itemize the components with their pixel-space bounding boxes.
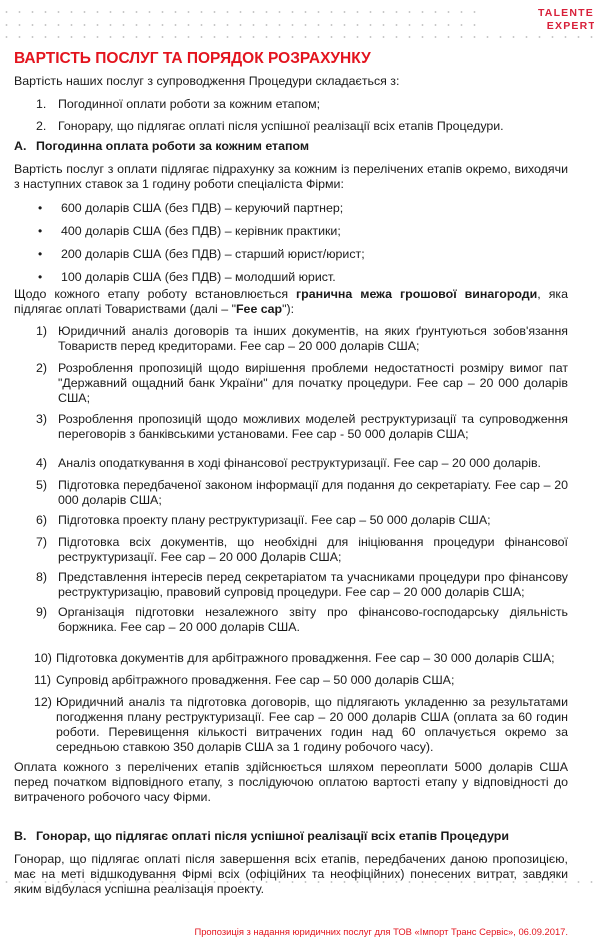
page-title: ВАРТІСТЬ ПОСЛУГ ТА ПОРЯДОК РОЗРАХУНКУ: [14, 51, 371, 66]
emphasis: гранична межа грошової винагороди: [296, 287, 537, 301]
dot-pattern-row: [0, 36, 594, 38]
stage-text: Розроблення пропозицій щодо вирішення пр…: [58, 361, 568, 406]
stage-number: 2): [36, 361, 47, 376]
intro-list-item: 2.Гонорару, що підлягає оплаті після усп…: [36, 119, 504, 134]
stage-number: 4): [36, 456, 47, 471]
stage-text: Підготовка всіх документів, що необхідні…: [58, 535, 568, 565]
section-b-heading: B.Гонорар, що підлягає оплаті після успі…: [14, 829, 509, 844]
bullet-icon: •: [38, 224, 61, 239]
bullet-icon: •: [38, 270, 61, 285]
rate-item: •600 доларів США (без ПДВ) – керуючий па…: [38, 201, 343, 216]
payment-note: Оплата кожного з перелічених етапів здій…: [14, 760, 568, 805]
logo-line-2: EXPERT: [538, 20, 594, 33]
section-heading-text: Погодинна оплата роботи за кожним етапом: [36, 139, 309, 153]
term-fee-cap: Fee cap: [236, 302, 282, 316]
stage-text: Аналіз оподаткування в ході фінансової р…: [58, 456, 568, 471]
stage-item: 12)Юридичний аналіз та підготовка догово…: [36, 695, 568, 755]
section-a-heading: A.Погодинна оплата роботи за кожним етап…: [14, 139, 309, 154]
stage-text: Організація підготовки незалежного звіту…: [58, 605, 568, 635]
rate-text: 400 доларів США (без ПДВ) – керівник пра…: [61, 224, 341, 238]
stage-item: 4)Аналіз оподаткування в ході фінансової…: [36, 456, 568, 471]
section-marker: A.: [14, 139, 36, 154]
stage-item: 6)Підготовка проекту плану реструктуриза…: [36, 513, 568, 528]
stage-number: 1): [36, 324, 47, 339]
stage-text: Супровід арбітражного провадження. Fee c…: [56, 673, 568, 688]
stage-item: 5)Підготовка передбаченої законом інформ…: [36, 478, 568, 508]
rate-text: 600 доларів США (без ПДВ) – керуючий пар…: [61, 201, 343, 215]
dot-pattern-row: [0, 11, 480, 13]
rate-item: •400 доларів США (без ПДВ) – керівник пр…: [38, 224, 341, 239]
stage-item: 9)Організація підготовки незалежного зві…: [36, 605, 568, 635]
footer-note: Пропозиція з надання юридичних послуг дл…: [194, 924, 568, 939]
stage-item: 11)Супровід арбітражного провадження. Fe…: [36, 673, 568, 688]
stage-number: 3): [36, 412, 47, 427]
stage-item: 3)Розроблення пропозицій щодо можливих м…: [36, 412, 568, 442]
stage-text: Розроблення пропозицій щодо можливих мод…: [58, 412, 568, 442]
fee-cap-intro: Щодо кожного етапу роботу встановлюється…: [14, 287, 568, 317]
list-number: 1.: [36, 97, 58, 112]
stage-text: Юридичний аналіз договорів та інших доку…: [58, 324, 568, 354]
stage-number: 9): [36, 605, 47, 620]
stage-number: 8): [36, 570, 47, 585]
stage-number: 10): [34, 651, 52, 666]
stage-item: 2)Розроблення пропозицій щодо вирішення …: [36, 361, 568, 406]
rate-text: 200 доларів США (без ПДВ) – старший юрис…: [61, 247, 365, 261]
dot-pattern-row: [0, 24, 480, 26]
stage-number: 11): [34, 673, 51, 688]
bullet-icon: •: [38, 247, 61, 262]
section-heading-text: Гонорар, що підлягає оплаті після успішн…: [36, 829, 509, 843]
rate-item: •200 доларів США (без ПДВ) – старший юри…: [38, 247, 365, 262]
stage-text: Підготовка передбаченої законом інформац…: [58, 478, 568, 508]
text-run: "):: [282, 302, 294, 316]
stage-number: 12): [34, 695, 52, 710]
list-text: Погодинної оплати роботи за кожним етапо…: [58, 97, 320, 111]
logo-line-1: TALENTE: [538, 7, 594, 20]
intro-paragraph: Вартість наших послуг з супроводження Пр…: [14, 74, 568, 89]
text-run: Щодо кожного етапу роботу встановлюється: [14, 287, 296, 301]
stage-text: Представлення інтересів перед секретаріа…: [58, 570, 568, 600]
section-a-paragraph: Вартість послуг з оплати підлягає підрах…: [14, 162, 568, 192]
stage-number: 7): [36, 535, 47, 550]
stage-item: 7)Підготовка всіх документів, що необхід…: [36, 535, 568, 565]
stage-text: Юридичний аналіз та підготовка договорів…: [56, 695, 568, 755]
stage-item: 8)Представлення інтересів перед секретар…: [36, 570, 568, 600]
list-number: 2.: [36, 119, 58, 134]
stage-item: 10)Підготовка документів для арбітражног…: [36, 651, 568, 666]
rate-text: 100 доларів США (без ПДВ) – молодший юри…: [61, 270, 336, 284]
stage-item: 1)Юридичний аналіз договорів та інших до…: [36, 324, 568, 354]
stage-number: 6): [36, 513, 47, 528]
bullet-icon: •: [38, 201, 61, 216]
rate-item: •100 доларів США (без ПДВ) – молодший юр…: [38, 270, 336, 285]
company-logo: TALENTE EXPERT: [538, 7, 594, 33]
stage-text: Підготовка проекту плану реструктуризаці…: [58, 513, 568, 528]
intro-list-item: 1.Погодинної оплати роботи за кожним ета…: [36, 97, 320, 112]
section-marker: B.: [14, 829, 36, 844]
list-text: Гонорару, що підлягає оплаті після успіш…: [58, 119, 504, 133]
stage-text: Підготовка документів для арбітражного п…: [56, 651, 568, 666]
stage-number: 5): [36, 478, 47, 493]
section-b-paragraph: Гонорар, що підлягає оплаті після заверш…: [14, 852, 568, 897]
